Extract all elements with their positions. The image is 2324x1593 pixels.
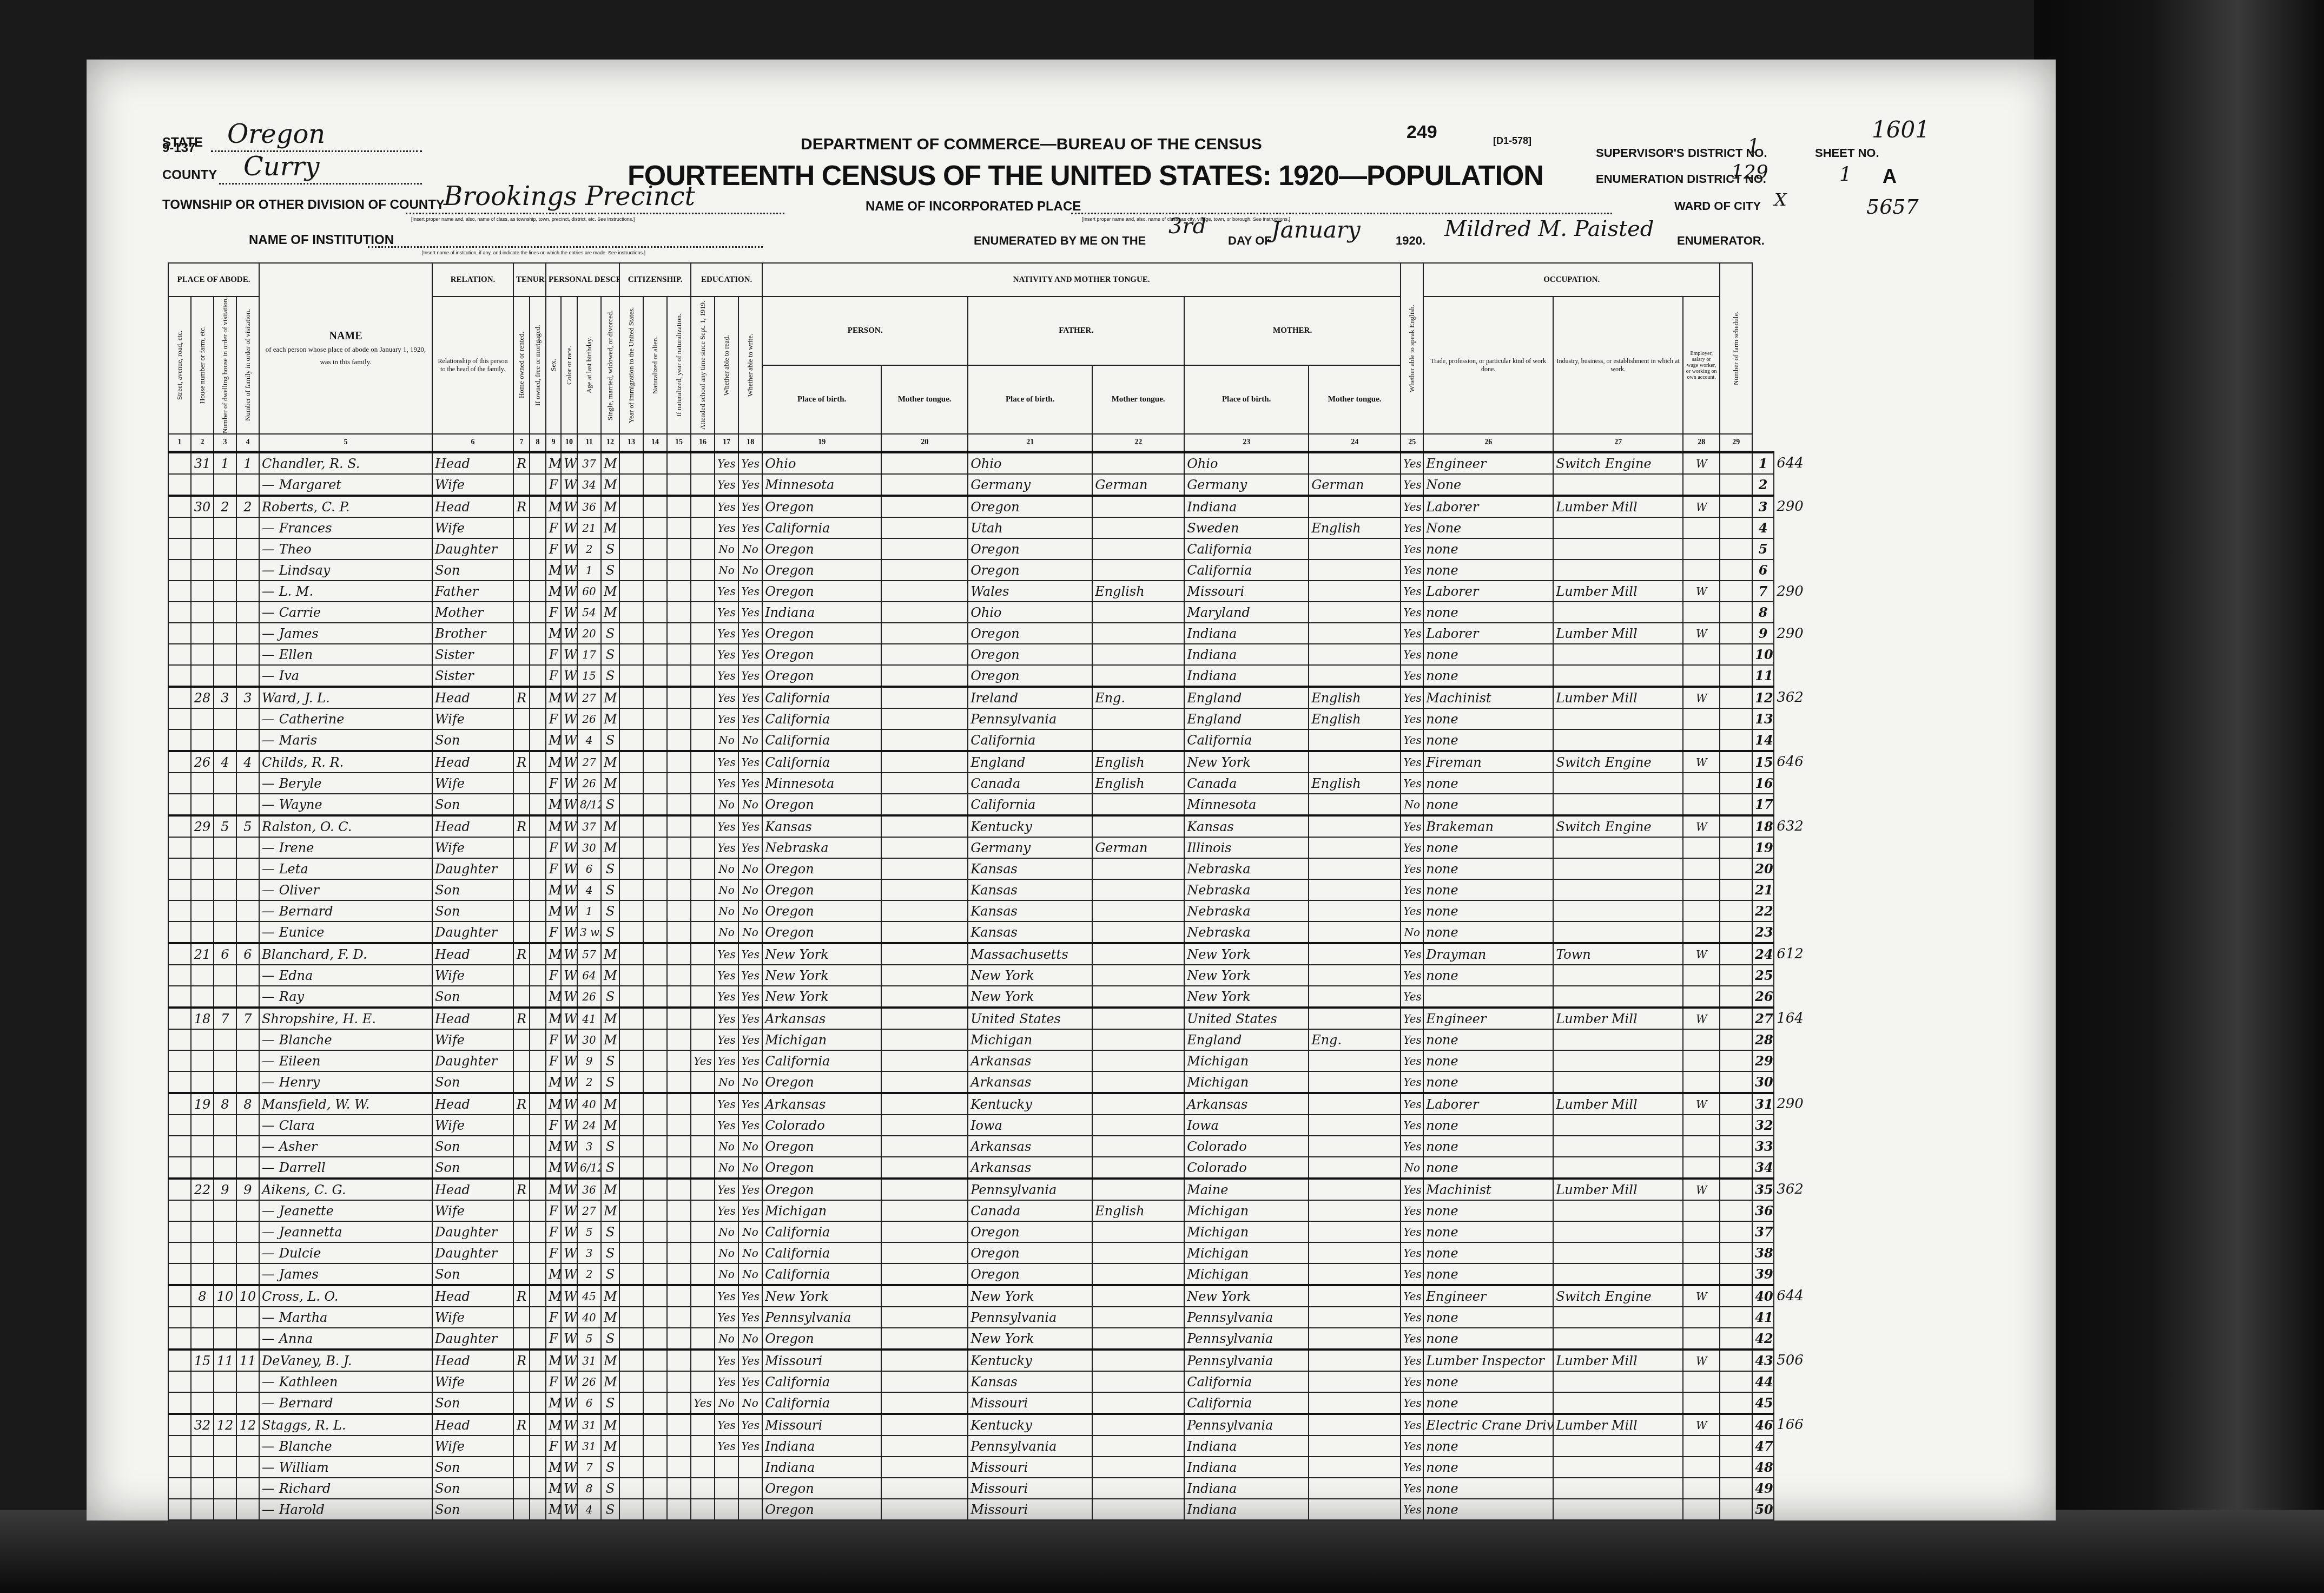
write-cell: No <box>738 1136 762 1157</box>
dwelling-number-cell <box>214 644 236 665</box>
write-cell: Yes <box>738 1093 762 1115</box>
speaks-english-cell: Yes <box>1401 623 1423 644</box>
age-cell: 34 <box>577 474 601 496</box>
mother-birthplace-cell: Arkansas <box>1184 1093 1309 1115</box>
birthplace-cell: Oregon <box>762 1136 881 1157</box>
home-owned-cell <box>513 837 530 858</box>
read-cell: Yes <box>715 965 738 986</box>
birthplace-cell: Ohio <box>762 452 881 475</box>
dwelling-number-cell <box>214 921 236 943</box>
employer-class-cell: W <box>1683 581 1720 602</box>
write-cell: Yes <box>738 665 762 687</box>
industry-cell <box>1553 1157 1683 1179</box>
trade-cell: none <box>1423 1242 1553 1263</box>
mortgage-cell <box>530 581 546 602</box>
father-birthplace-cell: New York <box>968 1285 1092 1307</box>
family-number-cell <box>236 1115 259 1136</box>
mortgage-cell <box>530 1436 546 1457</box>
speaks-english-cell: Yes <box>1401 858 1423 879</box>
mother-mother-tongue-cell: English <box>1309 773 1401 794</box>
dwelling-number-cell <box>214 837 236 858</box>
name-cell: — Asher <box>259 1136 432 1157</box>
marital-cell: S <box>601 794 619 815</box>
employer-class-cell: W <box>1683 751 1720 773</box>
age-cell: 41 <box>577 1008 601 1029</box>
sex-cell: M <box>546 452 561 475</box>
header-home-owned: Home owned or rented. <box>513 297 530 434</box>
age-cell: 4 <box>577 879 601 900</box>
mother-mother-tongue-cell <box>1309 900 1401 921</box>
name-cell: — Oliver <box>259 879 432 900</box>
county-line <box>219 183 422 185</box>
margin-code <box>1774 1136 1993 1157</box>
father-birthplace-cell: Kentucky <box>968 1350 1092 1371</box>
sex-cell: F <box>546 602 561 623</box>
farm-schedule-cell <box>1720 943 1752 965</box>
age-cell: 2 <box>577 1263 601 1285</box>
home-owned-cell: R <box>513 1179 530 1200</box>
race-cell: W <box>561 1071 577 1093</box>
school-cell <box>691 921 715 943</box>
sex-cell: F <box>546 644 561 665</box>
race-cell: W <box>561 644 577 665</box>
immigration-cell <box>619 921 643 943</box>
table-row: — KathleenWifeFW26MYesYesCaliforniaKansa… <box>168 1371 1993 1392</box>
mother-mother-tongue-cell <box>1309 1093 1401 1115</box>
father-birthplace-cell: Arkansas <box>968 1050 1092 1071</box>
naturalization-year-cell <box>667 1371 691 1392</box>
dwelling-number-cell <box>214 1371 236 1392</box>
naturalized-cell <box>643 687 667 708</box>
margin-code <box>1774 986 1993 1008</box>
column-number: 27 <box>1553 434 1683 452</box>
trade-cell: none <box>1423 1499 1553 1520</box>
marital-cell: S <box>601 1071 619 1093</box>
employer-class-cell: W <box>1683 1414 1720 1436</box>
name-cell: — Kathleen <box>259 1371 432 1392</box>
school-cell <box>691 965 715 986</box>
home-owned-cell <box>513 623 530 644</box>
age-cell: 7 <box>577 1457 601 1478</box>
family-number-cell <box>236 858 259 879</box>
naturalization-year-cell <box>667 1242 691 1263</box>
school-cell <box>691 1157 715 1179</box>
father-tongue-cell <box>1092 602 1184 623</box>
immigration-cell <box>619 1499 643 1520</box>
mother-tongue-cell <box>881 1093 968 1115</box>
family-number-cell <box>236 1157 259 1179</box>
mother-mother-tongue-cell <box>1309 1242 1401 1263</box>
write-cell: No <box>738 1263 762 1285</box>
read-cell: Yes <box>715 1093 738 1115</box>
mortgage-cell <box>530 474 546 496</box>
race-cell: W <box>561 837 577 858</box>
school-cell <box>691 644 715 665</box>
mother-tongue-cell <box>881 602 968 623</box>
naturalized-cell <box>643 496 667 517</box>
family-number-cell: 2 <box>236 496 259 517</box>
race-cell: W <box>561 1371 577 1392</box>
naturalized-cell <box>643 921 667 943</box>
line-number: 35 <box>1752 1179 1774 1200</box>
relation-cell: Daughter <box>432 858 513 879</box>
trade-cell: none <box>1423 1457 1553 1478</box>
dwelling-number-cell <box>214 1115 236 1136</box>
trade-cell: Machinist <box>1423 1179 1553 1200</box>
institution-label: NAME OF INSTITUTION <box>249 233 394 248</box>
mortgage-cell <box>530 729 546 751</box>
dwelling-number-cell: 4 <box>214 751 236 773</box>
marital-cell: S <box>601 986 619 1008</box>
name-cell: Blanchard, F. D. <box>259 943 432 965</box>
naturalization-year-cell <box>667 1093 691 1115</box>
naturalization-year-cell <box>667 986 691 1008</box>
race-cell: W <box>561 986 577 1008</box>
trade-cell: none <box>1423 1328 1553 1350</box>
father-birthplace-cell: Ireland <box>968 687 1092 708</box>
read-cell <box>715 1499 738 1520</box>
name-cell: — William <box>259 1457 432 1478</box>
naturalized-cell <box>643 708 667 729</box>
farm-schedule-cell <box>1720 1136 1752 1157</box>
race-cell: W <box>561 517 577 538</box>
margin-code <box>1774 1242 1993 1263</box>
home-owned-cell: R <box>513 1008 530 1029</box>
dwelling-number-cell: 2 <box>214 496 236 517</box>
house-number-cell: 22 <box>191 1179 214 1200</box>
naturalization-year-cell <box>667 538 691 559</box>
race-cell: W <box>561 602 577 623</box>
birthplace-cell: Oregon <box>762 879 881 900</box>
farm-schedule-cell <box>1720 1029 1752 1050</box>
sex-cell: F <box>546 1307 561 1328</box>
street-cell <box>168 1350 191 1371</box>
dwelling-number-cell <box>214 986 236 1008</box>
dwelling-number-cell <box>214 900 236 921</box>
age-cell: 26 <box>577 708 601 729</box>
house-number-cell: 29 <box>191 815 214 837</box>
employer-class-cell: W <box>1683 496 1720 517</box>
father-birthplace-cell: Canada <box>968 1200 1092 1221</box>
school-cell <box>691 1221 715 1242</box>
margin-code: 362 <box>1774 1179 1993 1200</box>
immigration-cell <box>619 559 643 581</box>
sex-cell: M <box>546 943 561 965</box>
mother-birthplace-cell: Maryland <box>1184 602 1309 623</box>
industry-cell <box>1553 1071 1683 1093</box>
mortgage-cell <box>530 1008 546 1029</box>
street-cell <box>168 1371 191 1392</box>
line-number: 2 <box>1752 474 1774 496</box>
naturalization-year-cell <box>667 1200 691 1221</box>
family-number-cell: 4 <box>236 751 259 773</box>
naturalized-cell <box>643 858 667 879</box>
margin-code <box>1774 879 1993 900</box>
mother-birthplace-cell: Missouri <box>1184 581 1309 602</box>
mother-mother-tongue-cell <box>1309 559 1401 581</box>
mother-birthplace-cell: Michigan <box>1184 1200 1309 1221</box>
table-row: 3022Roberts, C. P.HeadRMW36MYesYesOregon… <box>168 496 1993 517</box>
margin-code: 632 <box>1774 815 1993 837</box>
street-cell <box>168 900 191 921</box>
birthplace-cell: Colorado <box>762 1115 881 1136</box>
father-tongue-cell <box>1092 858 1184 879</box>
mortgage-cell <box>530 1029 546 1050</box>
name-cell: Aikens, C. G. <box>259 1179 432 1200</box>
mother-tongue-cell <box>881 1350 968 1371</box>
sex-cell: M <box>546 1457 561 1478</box>
farm-schedule-cell <box>1720 687 1752 708</box>
line-number: 5 <box>1752 538 1774 559</box>
header-school: Attended school any time since Sept. 1, … <box>691 297 715 434</box>
dwelling-number-cell: 10 <box>214 1285 236 1307</box>
street-cell <box>168 665 191 687</box>
marital-cell: M <box>601 581 619 602</box>
immigration-cell <box>619 1071 643 1093</box>
mother-tongue-cell <box>881 1200 968 1221</box>
birthplace-cell: California <box>762 1242 881 1263</box>
employer-class-cell <box>1683 644 1720 665</box>
immigration-cell <box>619 729 643 751</box>
immigration-cell <box>619 943 643 965</box>
race-cell: W <box>561 623 577 644</box>
name-cell: — Eileen <box>259 1050 432 1071</box>
sex-cell: M <box>546 1478 561 1499</box>
column-number: 16 <box>691 434 715 452</box>
name-cell: — Ray <box>259 986 432 1008</box>
read-cell: No <box>715 729 738 751</box>
margin-code <box>1774 1436 1993 1457</box>
farm-schedule-cell <box>1720 1328 1752 1350</box>
mortgage-cell <box>530 538 546 559</box>
sex-cell: M <box>546 751 561 773</box>
immigration-cell <box>619 986 643 1008</box>
school-cell <box>691 1307 715 1328</box>
age-cell: 5 <box>577 1328 601 1350</box>
table-row: 2833Ward, J. L.HeadRMW27MYesYesCaliforni… <box>168 687 1993 708</box>
farm-schedule-cell <box>1720 1436 1752 1457</box>
immigration-cell <box>619 773 643 794</box>
employer-class-cell <box>1683 559 1720 581</box>
mother-tongue-cell <box>881 1392 968 1414</box>
speaks-english-cell: Yes <box>1401 879 1423 900</box>
school-cell <box>691 517 715 538</box>
margin-code: 290 <box>1774 581 1993 602</box>
write-cell: No <box>738 538 762 559</box>
naturalization-year-cell <box>667 1414 691 1436</box>
dwelling-number-cell <box>214 538 236 559</box>
naturalized-cell <box>643 1157 667 1179</box>
birthplace-cell: California <box>762 1221 881 1242</box>
house-number-cell: 18 <box>191 1008 214 1029</box>
street-cell <box>168 644 191 665</box>
industry-cell <box>1553 900 1683 921</box>
immigration-cell <box>619 1136 643 1157</box>
age-cell: 6 <box>577 1392 601 1414</box>
birthplace-cell: Oregon <box>762 1499 881 1520</box>
employer-class-cell <box>1683 665 1720 687</box>
trade-cell: Electric Crane Driver <box>1423 1414 1553 1436</box>
house-number-cell <box>191 794 214 815</box>
header-name-sub: of each person whose place of abode on J… <box>266 345 426 366</box>
mother-mother-tongue-cell <box>1309 1350 1401 1371</box>
birthplace-cell: Oregon <box>762 559 881 581</box>
margin-code <box>1774 602 1993 623</box>
family-number-cell: 5 <box>236 815 259 837</box>
farm-schedule-cell <box>1720 1392 1752 1414</box>
house-number-cell <box>191 623 214 644</box>
street-cell <box>168 1307 191 1328</box>
school-cell <box>691 1414 715 1436</box>
sheet-value: 1 <box>1839 163 1852 186</box>
school-cell <box>691 729 715 751</box>
age-cell: 2 <box>577 1071 601 1093</box>
column-number: 12 <box>601 434 619 452</box>
sex-cell: M <box>546 794 561 815</box>
industry-cell: Switch Engine <box>1553 815 1683 837</box>
house-number-cell <box>191 1328 214 1350</box>
naturalized-cell <box>643 1136 667 1157</box>
naturalization-year-cell <box>667 879 691 900</box>
mother-mother-tongue-cell <box>1309 879 1401 900</box>
naturalization-year-cell <box>667 1157 691 1179</box>
employer-class-cell <box>1683 1307 1720 1328</box>
line-number: 11 <box>1752 665 1774 687</box>
naturalized-cell <box>643 559 667 581</box>
mortgage-cell <box>530 1221 546 1242</box>
age-cell: 3 <box>577 1242 601 1263</box>
industry-cell <box>1553 1499 1683 1520</box>
mother-tongue-cell <box>881 1371 968 1392</box>
header-naturalized: Naturalized or alien. <box>643 297 667 434</box>
write-cell: Yes <box>738 1115 762 1136</box>
father-birthplace-cell: Oregon <box>968 1221 1092 1242</box>
margin-code: 290 <box>1774 1093 1993 1115</box>
relation-cell: Wife <box>432 1371 513 1392</box>
employer-class-cell <box>1683 729 1720 751</box>
house-number-cell <box>191 1457 214 1478</box>
table-row: — L. M.FatherMW60MYesYesOregonWalesEngli… <box>168 581 1993 602</box>
mother-tongue-cell <box>881 1136 968 1157</box>
speaks-english-cell: Yes <box>1401 708 1423 729</box>
father-tongue-cell: English <box>1092 581 1184 602</box>
father-tongue-cell <box>1092 879 1184 900</box>
father-tongue-cell <box>1092 965 1184 986</box>
race-cell: W <box>561 1499 577 1520</box>
sex-cell: F <box>546 708 561 729</box>
immigration-cell <box>619 687 643 708</box>
mortgage-cell <box>530 687 546 708</box>
mother-birthplace-cell: Germany <box>1184 474 1309 496</box>
margin-code <box>1774 900 1993 921</box>
write-cell: Yes <box>738 474 762 496</box>
family-number-cell <box>236 1200 259 1221</box>
age-cell: 8 <box>577 1478 601 1499</box>
mother-tongue-cell <box>881 943 968 965</box>
mother-birthplace-cell: New York <box>1184 986 1309 1008</box>
write-cell: No <box>738 1328 762 1350</box>
family-number-cell <box>236 1050 259 1071</box>
read-cell: No <box>715 1242 738 1263</box>
employer-class-cell <box>1683 1050 1720 1071</box>
column-number: 9 <box>546 434 561 452</box>
column-number: 3 <box>214 434 236 452</box>
name-cell: Childs, R. R. <box>259 751 432 773</box>
header-employer: Employer, salary or wage worker, or work… <box>1683 297 1720 434</box>
relation-cell: Head <box>432 1179 513 1200</box>
line-number: 31 <box>1752 1093 1774 1115</box>
naturalization-year-cell <box>667 794 691 815</box>
street-cell <box>168 496 191 517</box>
mother-mother-tongue-cell <box>1309 1414 1401 1436</box>
race-cell: W <box>561 1392 577 1414</box>
marital-cell: M <box>601 1008 619 1029</box>
farm-schedule-cell <box>1720 1285 1752 1307</box>
mother-birthplace-cell: Michigan <box>1184 1071 1309 1093</box>
house-number-cell: 15 <box>191 1350 214 1371</box>
sex-cell: M <box>546 687 561 708</box>
house-number-cell <box>191 1029 214 1050</box>
immigration-cell <box>619 708 643 729</box>
house-number-cell <box>191 538 214 559</box>
father-tongue-cell <box>1092 496 1184 517</box>
naturalized-cell <box>643 1392 667 1414</box>
sheet-label: SHEET NO. <box>1815 146 1879 160</box>
age-cell: 45 <box>577 1285 601 1307</box>
industry-cell <box>1553 1457 1683 1478</box>
employer-class-cell: W <box>1683 623 1720 644</box>
naturalization-year-cell <box>667 815 691 837</box>
header-spacer <box>1752 263 1774 452</box>
father-tongue-cell <box>1092 538 1184 559</box>
mortgage-cell <box>530 1414 546 1436</box>
naturalized-cell <box>643 1436 667 1457</box>
name-cell: — Clara <box>259 1115 432 1136</box>
header-immigration: Year of immigration to the United States… <box>619 297 643 434</box>
home-owned-cell <box>513 708 530 729</box>
mother-birthplace-cell: Michigan <box>1184 1242 1309 1263</box>
relation-cell: Father <box>432 581 513 602</box>
trade-cell: Engineer <box>1423 1008 1553 1029</box>
margin-code <box>1774 858 1993 879</box>
street-cell <box>168 474 191 496</box>
marital-cell: S <box>601 1457 619 1478</box>
dwelling-number-cell <box>214 1050 236 1071</box>
table-row: — BernardSonMW6SYesNoNoCaliforniaMissour… <box>168 1392 1993 1414</box>
industry-cell <box>1553 1478 1683 1499</box>
family-number-cell <box>236 773 259 794</box>
naturalization-year-cell <box>667 943 691 965</box>
margin-code <box>1774 1263 1993 1285</box>
header-street: Street, avenue, road, etc. <box>168 297 191 434</box>
mortgage-cell <box>530 1050 546 1071</box>
immigration-cell <box>619 1350 643 1371</box>
race-cell: W <box>561 773 577 794</box>
house-number-cell <box>191 559 214 581</box>
table-row: — MarthaWifeFW40MYesYesPennsylvaniaPenns… <box>168 1307 1993 1328</box>
table-row: 1988Mansfield, W. W.HeadRMW40MYesYesArka… <box>168 1093 1993 1115</box>
write-cell: Yes <box>738 1414 762 1436</box>
farm-schedule-cell <box>1720 452 1752 475</box>
naturalized-cell <box>643 1200 667 1221</box>
industry-cell <box>1553 1115 1683 1136</box>
school-cell <box>691 602 715 623</box>
street-cell <box>168 858 191 879</box>
line-number: 27 <box>1752 1008 1774 1029</box>
mother-birthplace-cell: New York <box>1184 943 1309 965</box>
father-tongue-cell <box>1092 452 1184 475</box>
father-tongue-cell <box>1092 1414 1184 1436</box>
